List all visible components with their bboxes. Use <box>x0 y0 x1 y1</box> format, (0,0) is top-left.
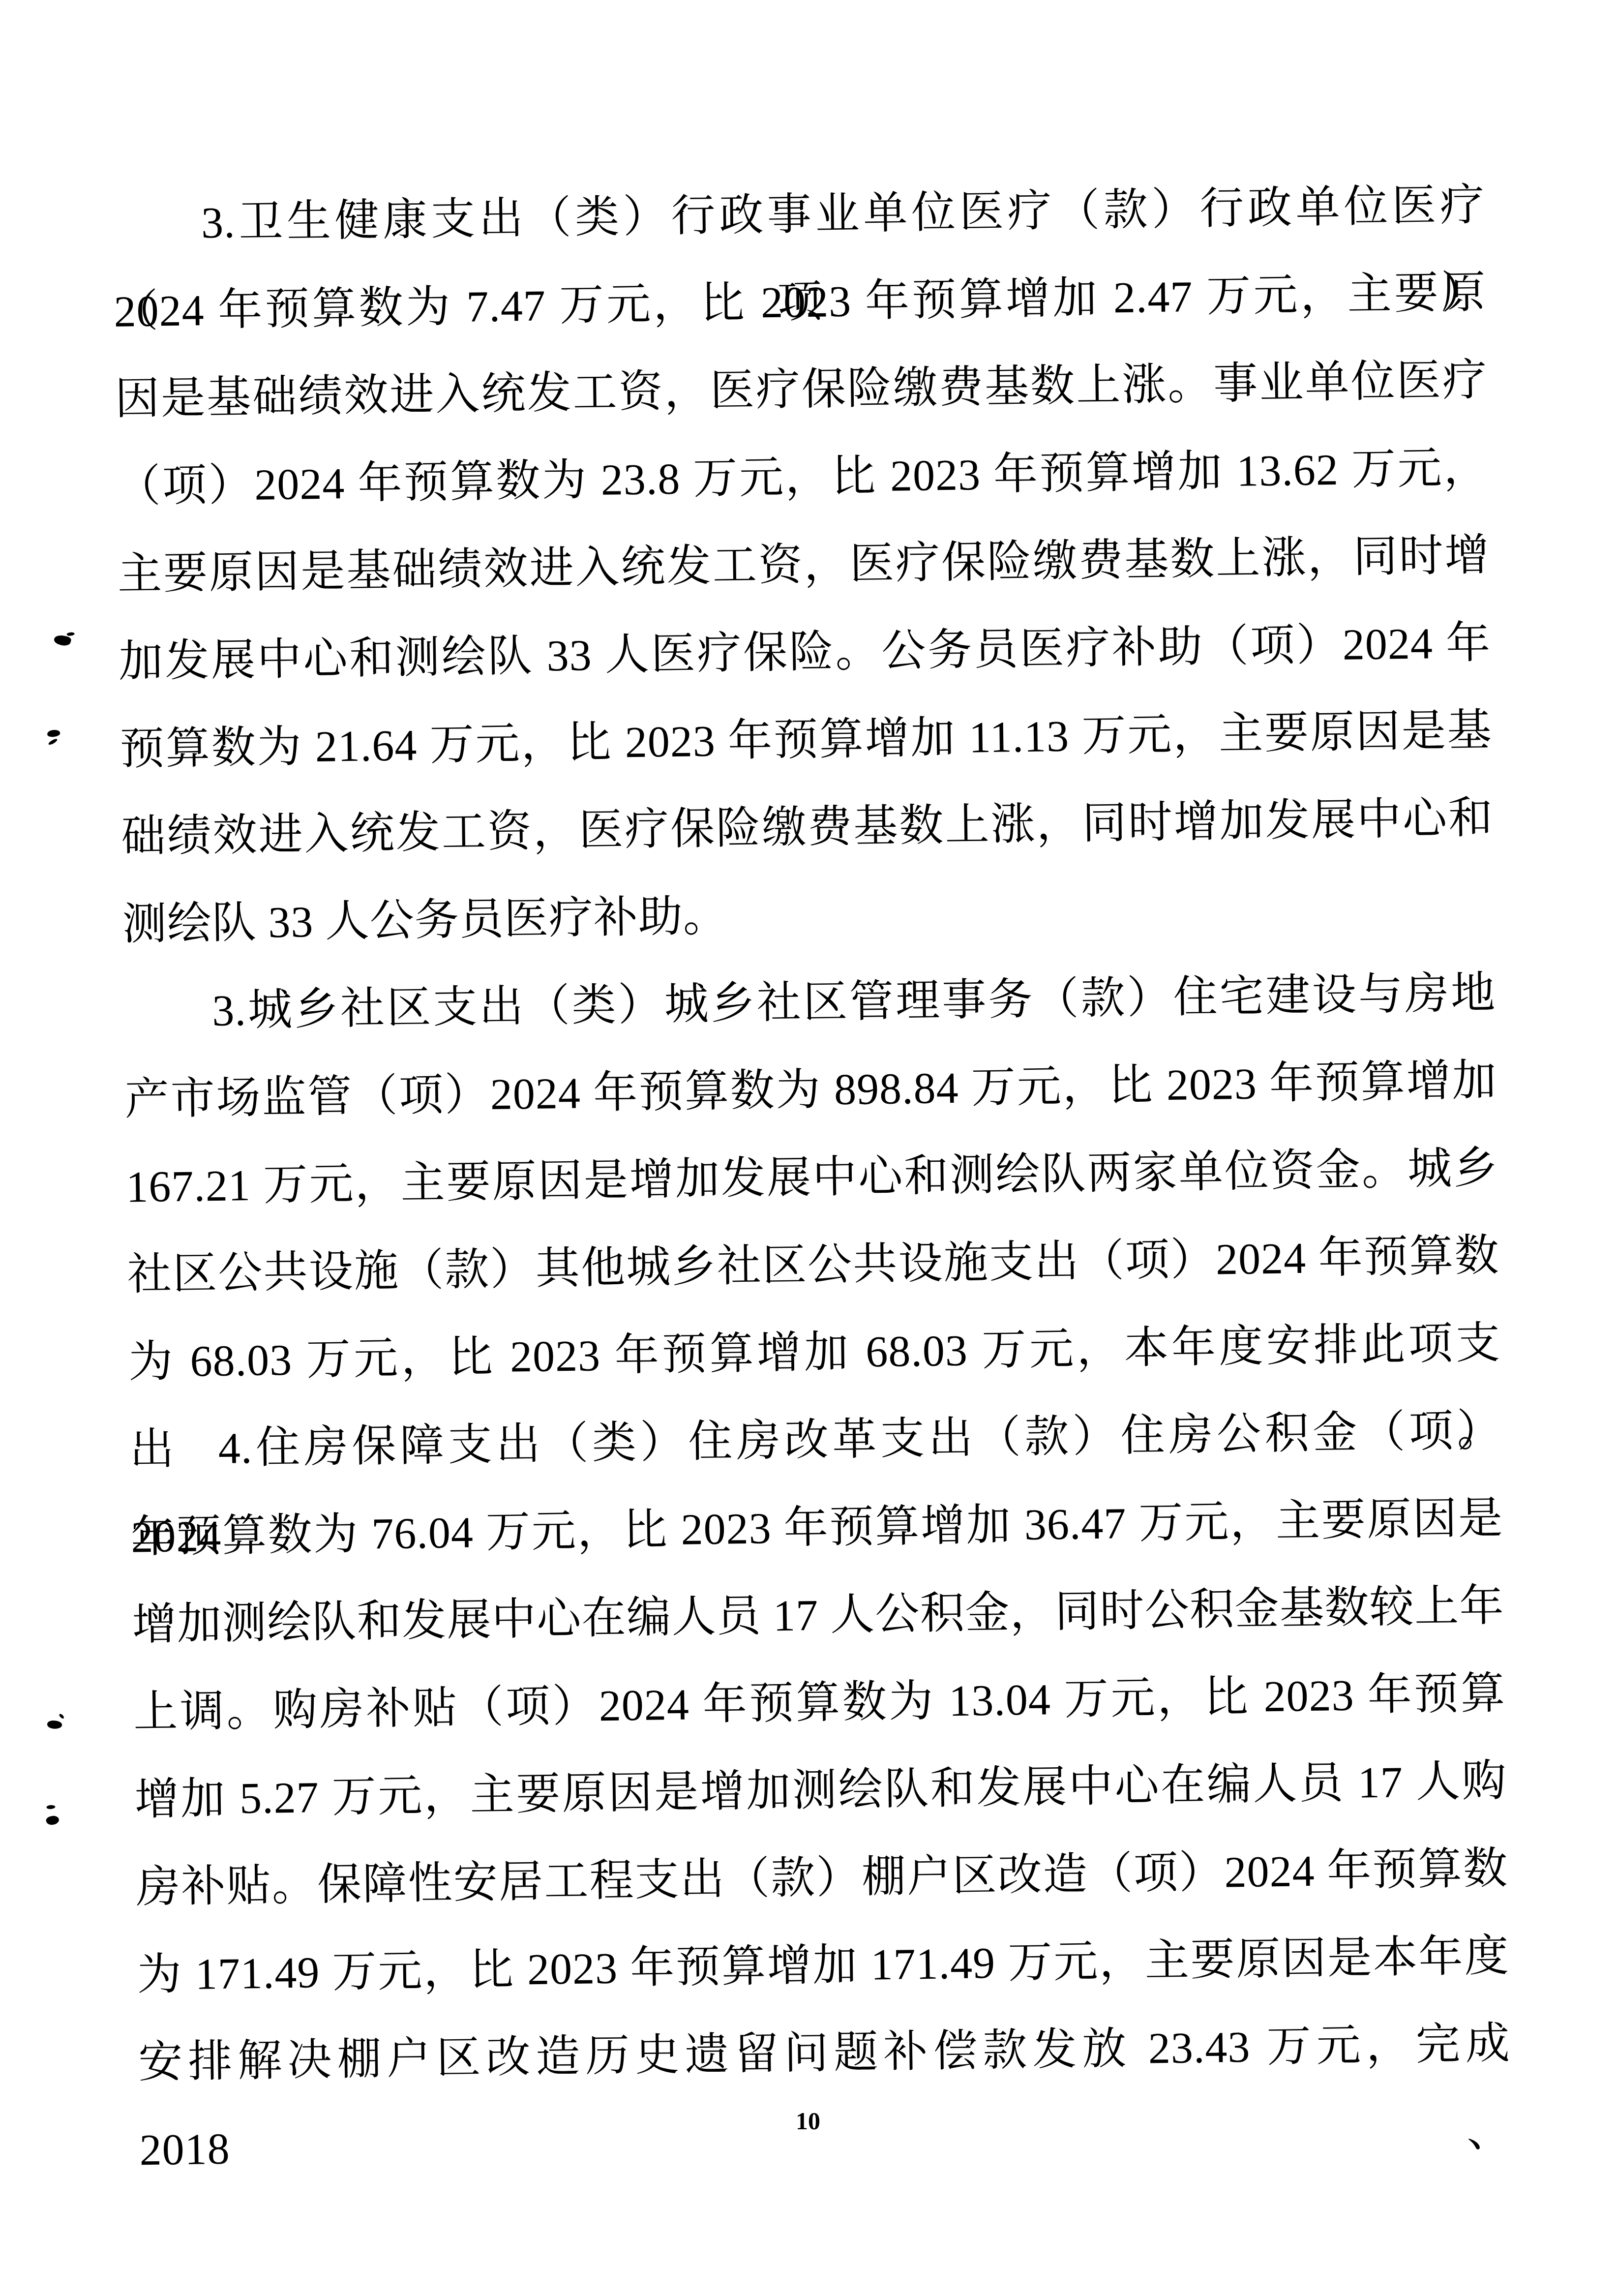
document-page: 3.卫生健康支出（类）行政事业单位医疗（款）行政单位医疗（项）2024 年预算数… <box>0 0 1616 2296</box>
ink-smudge <box>45 1814 60 1826</box>
page-number: 10 <box>0 2107 1616 2135</box>
paragraph: 3.城乡社区支出（类）城乡社区管理事务（款）住宅建设与房地产市场监管（项）202… <box>123 950 1501 1407</box>
text-line: 安排解决棚户区改造历史遗留问题补偿款发放 23.43 万元，完成 2018、 <box>138 2000 1511 2107</box>
paragraph: 3.卫生健康支出（类）行政事业单位医疗（款）行政单位医疗（项）2024 年预算数… <box>112 162 1495 969</box>
document-body: 3.卫生健康支出（类）行政事业单位医疗（款）行政单位医疗（项）2024 年预算数… <box>112 162 1511 2107</box>
paragraph: 4.住房保障支出（类）住房改革支出（款）住房公积金（项）2024年预算数为 76… <box>129 1387 1511 2107</box>
ink-smudge <box>53 634 72 647</box>
ink-smudge <box>47 1720 62 1730</box>
ink-smudge <box>47 728 60 738</box>
